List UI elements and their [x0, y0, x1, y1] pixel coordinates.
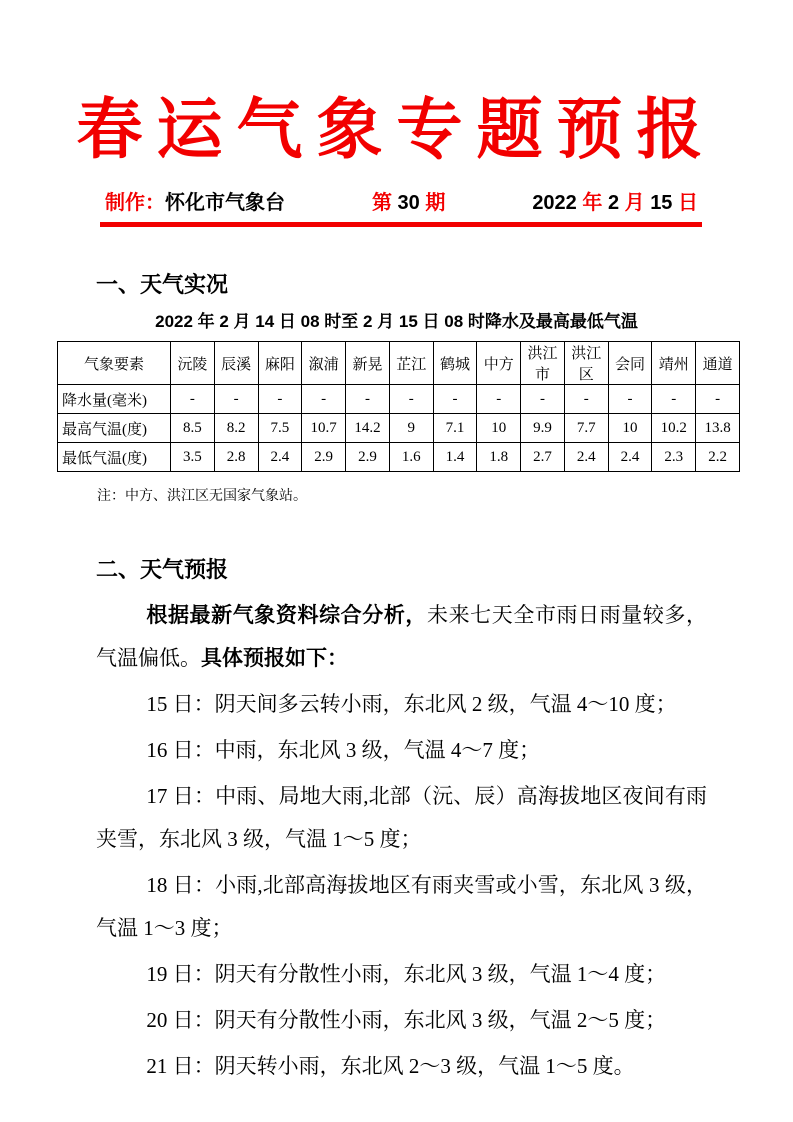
station-column-header: 通道 [696, 342, 740, 385]
forecast-item: 18 日：小雨,北部高海拔地区有雨夹雪或小雪，东北风 3 级，气温 1～3 度； [96, 864, 707, 950]
forecast-list: 15 日：阴天间多云转小雨，东北风 2 级，气温 4～10 度；16 日：中雨，… [0, 683, 793, 1088]
forecast-item: 15 日：阴天间多云转小雨，东北风 2 级，气温 4～10 度； [96, 683, 707, 726]
table-cell: - [389, 385, 433, 414]
table-cell: - [652, 385, 696, 414]
table-cell: 10 [477, 414, 521, 443]
header-divider-rule [100, 222, 702, 227]
document-title: 春运气象专题预报 [0, 88, 793, 174]
table-cell: - [258, 385, 302, 414]
table-cell: 2.3 [652, 443, 696, 472]
table-cell: - [171, 385, 215, 414]
forecast-item: 17 日：中雨、局地大雨,北部（沅、辰）高海拔地区夜间有雨夹雪，东北风 3 级，… [96, 775, 707, 861]
issue-prefix: 第 [372, 192, 392, 214]
table-cell: - [302, 385, 346, 414]
date-year-unit: 年 [582, 192, 602, 214]
forecast-item: 19 日：阴天有分散性小雨，东北风 3 级，气温 1～4 度； [96, 953, 707, 996]
station-column-header: 沅陵 [171, 342, 215, 385]
producer-label: 制作： [105, 192, 165, 214]
station-column-header: 会同 [608, 342, 652, 385]
table-cell: 13.8 [696, 414, 740, 443]
forecast-item: 21 日：阴天转小雨，东北风 2～3 级，气温 1～5 度。 [96, 1045, 707, 1088]
station-column-header: 新晃 [346, 342, 390, 385]
forecast-item: 16 日：中雨，东北风 3 级，气温 4～7 度； [96, 729, 707, 772]
table-cell: 14.2 [346, 414, 390, 443]
table-corner-header: 气象要素 [58, 342, 171, 385]
table-cell: 2.9 [302, 443, 346, 472]
table-cell: 2.4 [564, 443, 608, 472]
section-2-heading: 二、天气预报 [96, 556, 705, 584]
table-cell: 7.5 [258, 414, 302, 443]
date-year: 2022 [532, 192, 577, 214]
date-day-unit: 日 [678, 192, 698, 214]
intro-bold-lead: 根据最新气象资料综合分析， [146, 604, 427, 627]
date-day: 15 [650, 192, 672, 214]
station-column-header: 中方 [477, 342, 521, 385]
weather-table: 气象要素沅陵辰溪麻阳溆浦新晃芷江鹤城中方洪江市洪江区会同靖州通道 降水量(毫米)… [57, 341, 740, 472]
producer-value: 怀化市气象台 [165, 192, 285, 214]
table-cell: 1.4 [433, 443, 477, 472]
station-column-header: 靖州 [652, 342, 696, 385]
table-cell: 10 [608, 414, 652, 443]
row-label: 最低气温(度) [58, 443, 171, 472]
table-note: 注：中方、洪江区无国家气象站。 [97, 488, 705, 506]
table-header-row: 气象要素沅陵辰溪麻阳溆浦新晃芷江鹤城中方洪江市洪江区会同靖州通道 [58, 342, 740, 385]
issue-field: 第 30 期 [372, 190, 445, 216]
table-cell: 2.4 [258, 443, 302, 472]
date-field: 2022 年 2 月 15 日 [532, 190, 698, 216]
producer-field: 制作：怀化市气象台 [105, 190, 285, 216]
table-cell: 7.1 [433, 414, 477, 443]
intro-bold-tail: 具体预报如下： [201, 647, 348, 670]
table-cell: - [521, 385, 565, 414]
table-row: 最低气温(度)3.52.82.42.92.91.61.41.82.72.42.4… [58, 443, 740, 472]
station-column-header: 鹤城 [433, 342, 477, 385]
station-column-header: 芷江 [389, 342, 433, 385]
station-column-header: 洪江市 [521, 342, 565, 385]
table-cell: 1.6 [389, 443, 433, 472]
table-cell: 9.9 [521, 414, 565, 443]
table-cell: 8.2 [214, 414, 258, 443]
table-cell: - [433, 385, 477, 414]
date-month-unit: 月 [625, 192, 645, 214]
table-cell: - [214, 385, 258, 414]
forecast-intro-paragraph: 根据最新气象资料综合分析，未来七天全市雨日雨量较多，气温偏低。具体预报如下： [96, 594, 707, 680]
forecast-item: 20 日：阴天有分散性小雨，东北风 3 级，气温 2～5 度； [96, 999, 707, 1042]
table-cell: 2.9 [346, 443, 390, 472]
station-column-header: 辰溪 [214, 342, 258, 385]
station-column-header: 溆浦 [302, 342, 346, 385]
table-row: 降水量(毫米)------------- [58, 385, 740, 414]
table-cell: 1.8 [477, 443, 521, 472]
table-cell: 2.8 [214, 443, 258, 472]
table-cell: 2.7 [521, 443, 565, 472]
table-cell: - [477, 385, 521, 414]
table-cell: - [608, 385, 652, 414]
issue-suffix: 期 [425, 192, 445, 214]
document-meta-row: 制作：怀化市气象台 第 30 期 2022 年 2 月 15 日 [105, 190, 698, 216]
table-cell: 7.7 [564, 414, 608, 443]
section-1-heading: 一、天气实况 [96, 271, 705, 299]
table-cell: - [696, 385, 740, 414]
date-month: 2 [608, 192, 619, 214]
table-cell: 9 [389, 414, 433, 443]
row-label: 降水量(毫米) [58, 385, 171, 414]
station-column-header: 洪江区 [564, 342, 608, 385]
table-cell: 10.7 [302, 414, 346, 443]
table-cell: 2.4 [608, 443, 652, 472]
row-label: 最高气温(度) [58, 414, 171, 443]
table-cell: - [564, 385, 608, 414]
table-row: 最高气温(度)8.58.27.510.714.297.1109.97.71010… [58, 414, 740, 443]
table-cell: 8.5 [171, 414, 215, 443]
weather-table-title: 2022 年 2 月 14 日 08 时至 2 月 15 日 08 时降水及最高… [0, 311, 793, 333]
table-cell: 3.5 [171, 443, 215, 472]
table-cell: 10.2 [652, 414, 696, 443]
station-column-header: 麻阳 [258, 342, 302, 385]
issue-number: 30 [398, 192, 420, 214]
document-page: 春运气象专题预报 制作：怀化市气象台 第 30 期 2022 年 2 月 15 … [0, 0, 793, 1122]
table-cell: - [346, 385, 390, 414]
table-cell: 2.2 [696, 443, 740, 472]
